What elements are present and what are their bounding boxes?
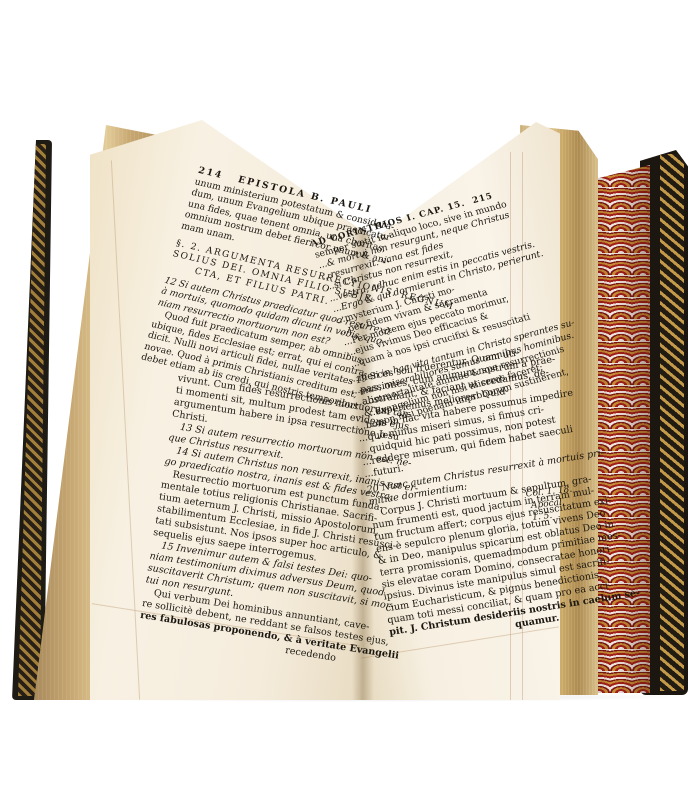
right-gilt-tooling-pattern bbox=[660, 154, 684, 691]
page-rule-vertical bbox=[111, 160, 140, 699]
left-page-lower-text: vivunt. Cum fides resurrectionis mortuor… bbox=[137, 440, 365, 665]
margin-reference-note: Col. 1. 18. Apocal. 1. 5. bbox=[525, 484, 575, 525]
left-gilt-tooling-pattern bbox=[18, 144, 46, 696]
book-photo: 214 EPISTOLA B. PAULI unum ministerium p… bbox=[0, 0, 700, 800]
